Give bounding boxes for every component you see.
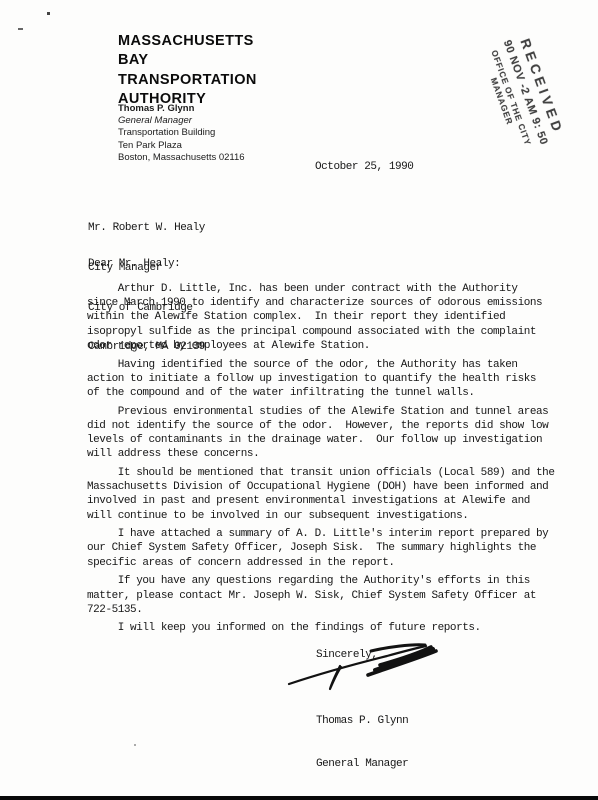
org-line: MASSACHUSETTS [118,32,257,51]
body-line: Arthur D. Little, Inc. has been under co… [87,282,554,296]
body-line: Previous environmental studies of the Al… [87,405,554,419]
signature-block: Thomas P. Glynn General Manager [316,686,408,800]
body-line: involved in past and present environment… [87,494,554,508]
scan-speck [18,28,23,30]
body-line: 722-5135. [87,603,554,617]
org-line: TRANSPORTATION [118,71,257,90]
scanned-letter-page: MASSACHUSETTS BAY TRANSPORTATION AUTHORI… [0,0,598,800]
signer-title: General Manager [316,757,408,771]
body-line: isopropyl sulfide as the principal compo… [87,325,554,339]
body-line: I have attached a summary of A. D. Littl… [87,527,554,541]
body-line: will continue to be involved in our subs… [87,509,554,523]
body-line: It should be mentioned that transit unio… [87,466,554,480]
body-line: specific areas of concern addressed in t… [87,556,554,570]
body-paragraph: I have attached a summary of A. D. Littl… [87,527,554,570]
body-line: within the Alewife Station complex. In t… [87,310,554,324]
body-line: Massachusetts Division of Occupational H… [87,480,554,494]
letter-date: October 25, 1990 [315,161,413,173]
body-line: odor reported by employees at Alewife St… [87,339,554,353]
body-paragraph: I will keep you informed on the findings… [87,621,554,635]
letterhead-signer-title: General Manager [118,115,245,127]
body-line: matter, please contact Mr. Joseph W. Sis… [87,589,554,603]
letterhead-org-name: MASSACHUSETTS BAY TRANSPORTATION AUTHORI… [118,32,257,110]
body-paragraph: It should be mentioned that transit unio… [87,466,554,523]
body-line: will address these concerns. [87,447,554,461]
body-line: action to initiate a follow up investiga… [87,372,554,386]
letterhead-contact-block: Thomas P. Glynn General Manager Transpor… [118,103,245,164]
body-line: since March 1990 to identify and charact… [87,296,554,310]
body-line: levels of contaminants in the drainage w… [87,433,554,447]
body-paragraph: Arthur D. Little, Inc. has been under co… [87,282,554,353]
letterhead-address-line: Ten Park Plaza [118,140,245,152]
body-line: Having identified the source of the odor… [87,358,554,372]
salutation: Dear Mr. Healy: [88,258,180,270]
body-line: I will keep you informed on the findings… [87,621,554,635]
received-date-stamp: RECEIVED 90 NOV -2 AM 9: 50 OFFICE OF TH… [472,14,575,174]
body-line: did not identify the source of the odor.… [87,419,554,433]
letterhead-signer-name: Thomas P. Glynn [118,103,245,115]
letterhead-address-line: Transportation Building [118,127,245,139]
body-paragraphs: Arthur D. Little, Inc. has been under co… [87,282,554,640]
recipient-line: Mr. Robert W. Healy [88,222,205,235]
letterhead-address-line: Boston, Massachusetts 02116 [118,152,245,164]
scan-speck [134,744,136,746]
body-paragraph: If you have any questions regarding the … [87,574,554,617]
body-line: our Chief System Safety Officer, Joseph … [87,541,554,555]
scan-speck [47,12,50,15]
org-line: BAY [118,51,257,70]
scan-bottom-edge [0,796,598,800]
body-paragraph: Having identified the source of the odor… [87,358,554,401]
body-paragraph: Previous environmental studies of the Al… [87,405,554,462]
body-line: If you have any questions regarding the … [87,574,554,588]
body-line: of the compound and of the water infiltr… [87,386,554,400]
signer-name: Thomas P. Glynn [316,714,408,728]
